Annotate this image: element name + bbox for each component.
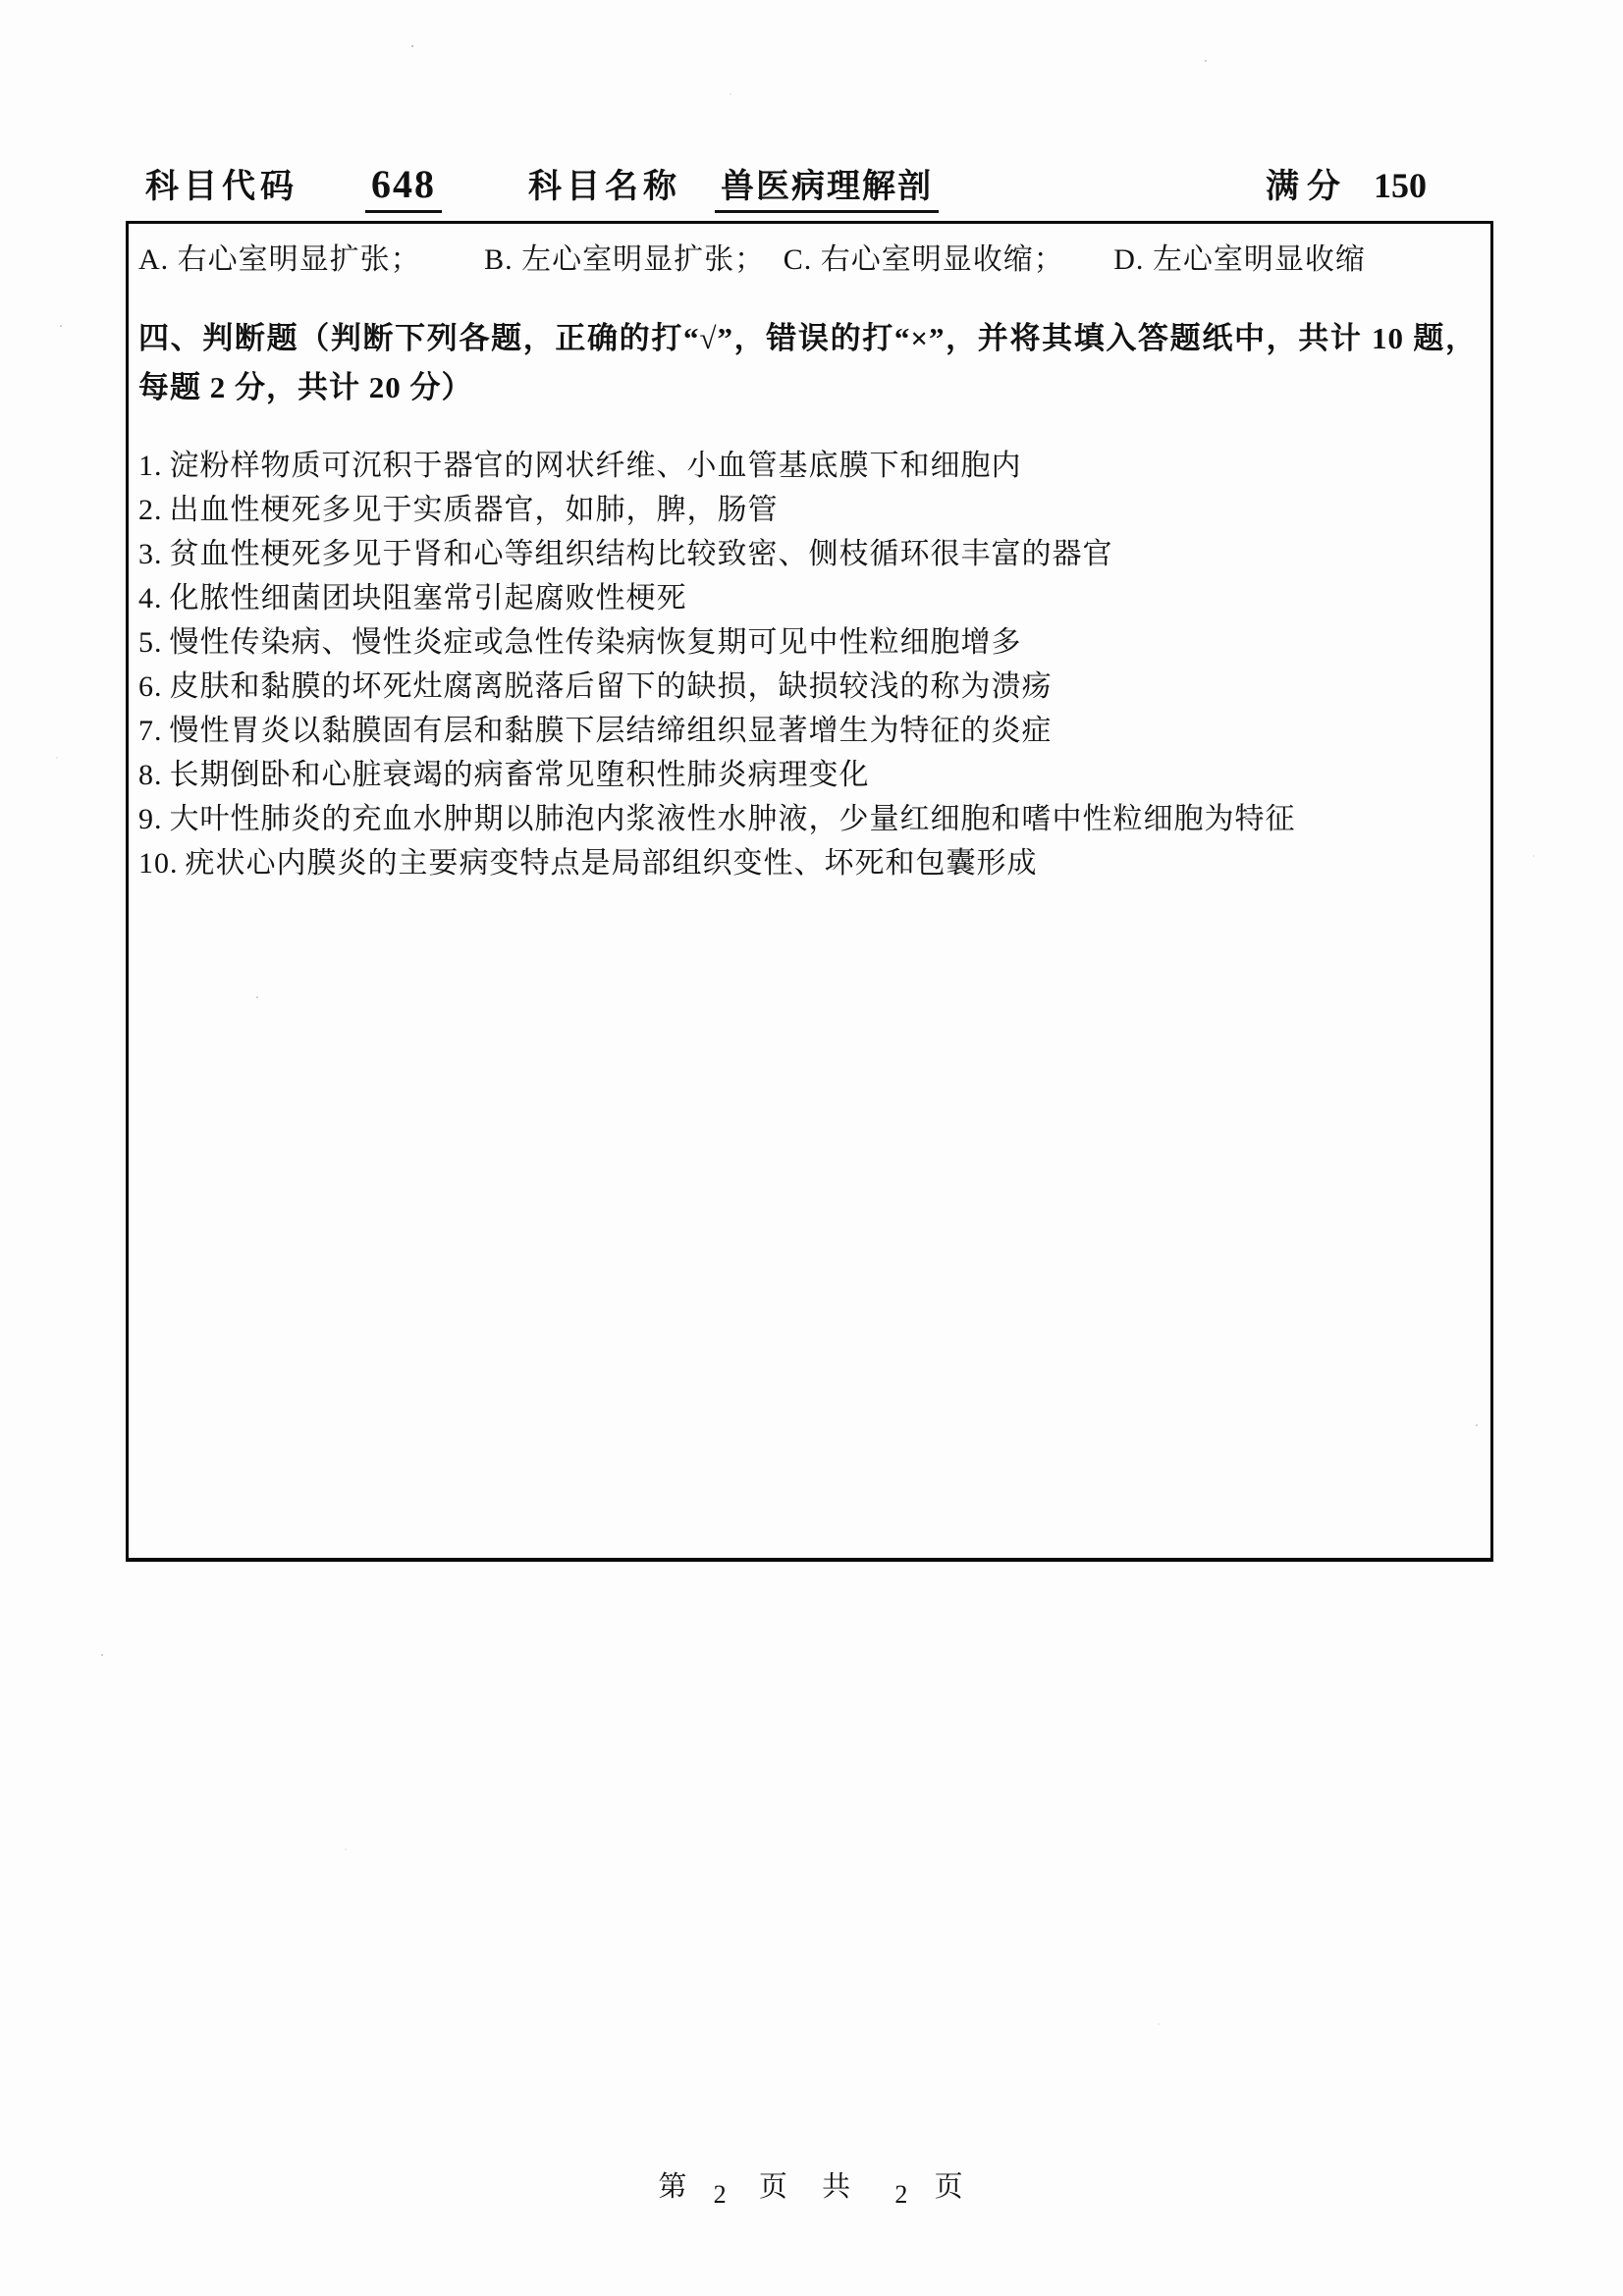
question-text: 出血性梗死多见于实质器官，如肺，脾，肠管 <box>170 494 779 526</box>
question-text: 化脓性细菌团块阻塞常引起腐败性梗死 <box>170 582 687 614</box>
question-text: 皮肤和黏膜的坏死灶腐离脱落后留下的缺损，缺损较浅的称为溃疡 <box>170 670 1053 703</box>
question-number: 10. <box>138 847 179 880</box>
question-item-7: 7.慢性胃炎以黏膜固有层和黏膜下层结缔组织显著增生为特征的炎症 <box>138 709 1477 753</box>
option-a: A. 右心室明显扩张； <box>138 240 421 281</box>
question-number: 8. <box>138 759 163 791</box>
question-item-9: 9.大叶性肺炎的充血水肿期以肺泡内浆液性水肿液，少量红细胞和嗜中性粒细胞为特征 <box>138 797 1477 841</box>
page-header: 科目代码 648 科目名称 兽医病理解剖 满分 150 <box>145 159 1427 213</box>
footer-suffix: 页 <box>935 2164 965 2205</box>
section-heading: 四、判断题（判断下列各题，正确的打“√”，错误的打“×”，并将其填入答题纸中，共… <box>138 314 1477 412</box>
question-text: 淀粉样物质可沉积于器官的网状纤维、小血管基底膜下和细胞内 <box>170 450 1022 482</box>
full-score-value: 150 <box>1374 165 1427 206</box>
question-item-3: 3.贫血性梗死多见于肾和心等组织结构比较致密、侧枝循环很丰富的器官 <box>138 532 1477 576</box>
question-text: 慢性胃炎以黏膜固有层和黏膜下层结缔组织显著增生为特征的炎症 <box>170 715 1053 747</box>
question-number: 4. <box>138 582 163 614</box>
page-footer: 第 2 页 共 2 页 <box>0 2164 1623 2205</box>
question-item-2: 2.出血性梗死多见于实质器官，如肺，脾，肠管 <box>138 488 1477 532</box>
option-b: B. 左心室明显扩张； <box>484 240 765 281</box>
footer-prefix: 第 <box>658 2164 688 2205</box>
total-pages-number: 2 <box>894 2180 909 2210</box>
current-page-number: 2 <box>714 2180 729 2210</box>
exam-page: 科目代码 648 科目名称 兽医病理解剖 满分 150 A. 右心室明显扩张； … <box>0 0 1623 2296</box>
question-number: 5. <box>138 626 163 659</box>
question-number: 2. <box>138 494 163 526</box>
question-number: 1. <box>138 450 163 482</box>
question-text: 慢性传染病、慢性炎症或急性传染病恢复期可见中性粒细胞增多 <box>170 626 1022 659</box>
subject-code-value: 648 <box>365 161 442 213</box>
options-line: A. 右心室明显扩张； B. 左心室明显扩张； C. 右心室明显收缩； D. 左… <box>138 240 1477 281</box>
subject-name-value: 兽医病理解剖 <box>715 159 939 213</box>
question-number: 6. <box>138 670 163 703</box>
question-list: 1.淀粉样物质可沉积于器官的网状纤维、小血管基底膜下和细胞内 2.出血性梗死多见… <box>138 444 1477 885</box>
question-item-4: 4.化脓性细菌团块阻塞常引起腐败性梗死 <box>138 576 1477 620</box>
question-item-6: 6.皮肤和黏膜的坏死灶腐离脱落后留下的缺损，缺损较浅的称为溃疡 <box>138 665 1477 709</box>
question-item-5: 5.慢性传染病、慢性炎症或急性传染病恢复期可见中性粒细胞增多 <box>138 620 1477 665</box>
subject-code-label: 科目代码 <box>145 159 298 207</box>
question-number: 9. <box>138 803 163 835</box>
subject-name-label: 科目名称 <box>528 159 681 207</box>
question-text: 疣状心内膜炎的主要病变特点是局部组织变性、坏死和包囊形成 <box>186 847 1038 880</box>
full-score-label: 满分 <box>1266 159 1348 207</box>
option-d: D. 左心室明显收缩 <box>1113 240 1366 281</box>
question-item-10: 10.疣状心内膜炎的主要病变特点是局部组织变性、坏死和包囊形成 <box>138 841 1477 885</box>
question-item-1: 1.淀粉样物质可沉积于器官的网状纤维、小血管基底膜下和细胞内 <box>138 444 1477 488</box>
question-text: 贫血性梗死多见于肾和心等组织结构比较致密、侧枝循环很丰富的器官 <box>170 538 1113 570</box>
question-number: 3. <box>138 538 163 570</box>
question-box: A. 右心室明显扩张； B. 左心室明显扩张； C. 右心室明显收缩； D. 左… <box>126 221 1493 1562</box>
footer-middle: 页 共 <box>759 2164 864 2205</box>
question-number: 7. <box>138 715 163 747</box>
question-item-8: 8.长期倒卧和心脏衰竭的病畜常见堕积性肺炎病理变化 <box>138 753 1477 797</box>
question-text: 长期倒卧和心脏衰竭的病畜常见堕积性肺炎病理变化 <box>170 759 870 791</box>
question-text: 大叶性肺炎的充血水肿期以肺泡内浆液性水肿液，少量红细胞和嗜中性粒细胞为特征 <box>170 803 1296 835</box>
option-c: C. 右心室明显收缩； <box>784 240 1064 281</box>
